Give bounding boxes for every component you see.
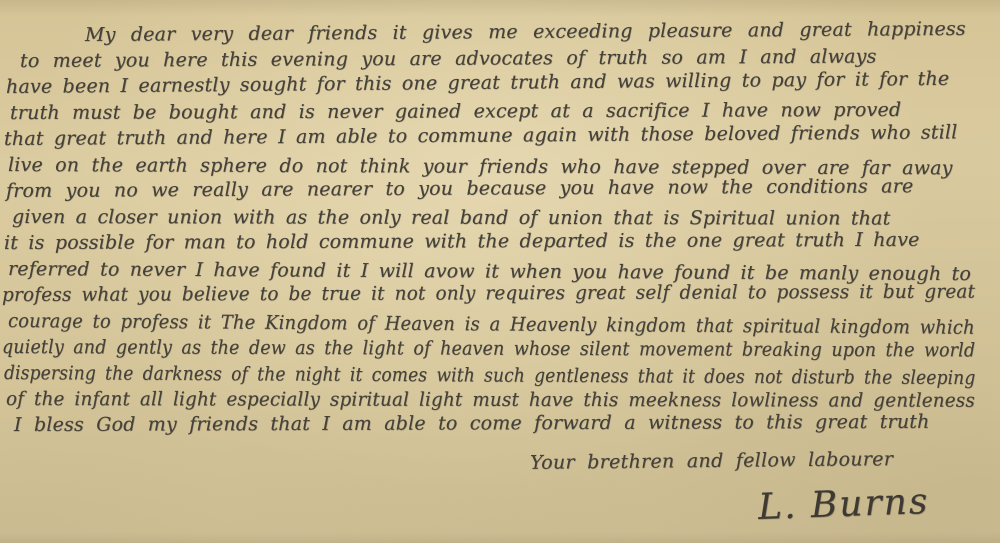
letter-line: that great truth and here I am able to c… [4, 119, 1000, 152]
letter-line-text: quietly and gently as the dew as the lig… [2, 334, 975, 363]
letter-line: it is possible for man to hold commune w… [4, 227, 1000, 256]
letter-signature: L. Burns [757, 481, 930, 528]
letter-page: My dear very dear friends it gives me ex… [0, 0, 1000, 543]
letter-closing: Your brethren and fellow labourer [530, 448, 893, 474]
letter-line: quietly and gently as the dew as the lig… [2, 334, 1000, 363]
letter-line: from you no we really are nearer to you … [6, 173, 1000, 204]
letter-line-text: from you no we really are nearer to you … [6, 173, 914, 204]
letter-line: I bless God my friends that I am able to… [14, 409, 1000, 438]
letter-line-text: profess what you believe to be true it n… [2, 279, 975, 308]
letter-line: profess what you believe to be true it n… [2, 279, 1000, 308]
letter-body: My dear very dear friends it gives me ex… [0, 22, 1000, 438]
letter-line-text: that great truth and here I am able to c… [4, 119, 958, 152]
letter-line-text: it is possible for man to hold commune w… [4, 227, 920, 256]
letter-line-text: I bless God my friends that I am able to… [14, 409, 930, 438]
